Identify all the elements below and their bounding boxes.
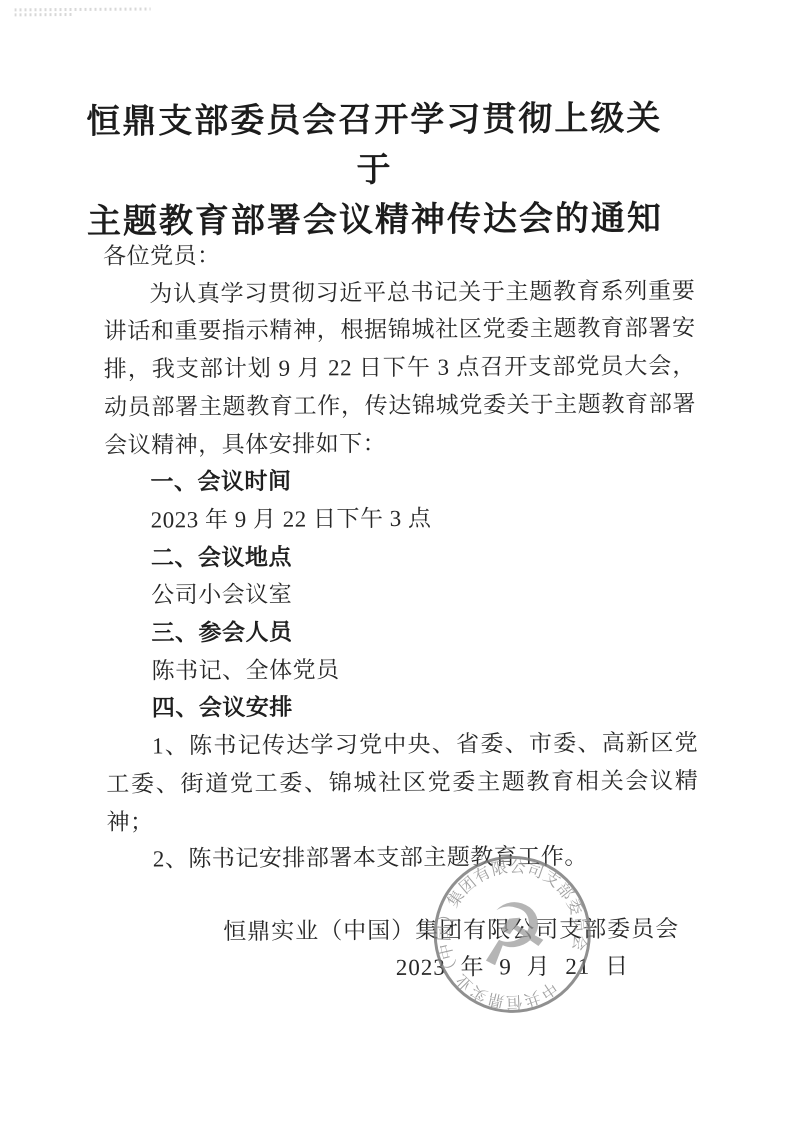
scan-artifact: [15, 8, 151, 12]
arrangement-item: 2、陈书记安排部署本支部主题教育工作。: [107, 837, 699, 878]
scan-artifact: [15, 13, 73, 16]
intro-paragraph: 为认真学习贯彻习近平总书记关于主题教育系列重要讲话和重要指示精神，根据锦城社区党…: [103, 272, 696, 464]
section-body-place: 公司小会议室: [105, 574, 697, 615]
section-heading-attendees: 三、参会人员: [105, 611, 697, 652]
signature-date: 2023 年 9 月 21 日: [342, 951, 682, 983]
section-heading-place: 二、会议地点: [105, 536, 697, 577]
section-heading-arrangement: 四、会议安排: [106, 687, 698, 728]
salutation: 各位党员：: [103, 234, 695, 275]
document-page: 恒鼎支部委员会召开学习贯彻上级关于 主题教育部署会议精神传达会的通知 各位党员：…: [0, 0, 800, 1132]
arrangement-item: 1、陈书记传达学习党中央、省委、市委、高新区党工委、街道党工委、锦城社区党委主题…: [106, 724, 699, 841]
section-body-time: 2023 年 9 月 22 日下午 3 点: [105, 498, 697, 539]
title-line-1: 恒鼎支部委员会召开学习贯彻上级关于: [79, 94, 670, 198]
section-heading-time: 一、会议时间: [104, 460, 696, 501]
signature-org: 恒鼎实业（中国）集团有限公司支部委员会: [107, 914, 679, 947]
page-title: 恒鼎支部委员会召开学习贯彻上级关于 主题教育部署会议精神传达会的通知: [79, 94, 670, 248]
section-body-attendees: 陈书记、全体党员: [106, 649, 698, 690]
notice-body: 各位党员： 为认真学习贯彻习近平总书记关于主题教育系列重要讲话和重要指示精神，根…: [103, 234, 699, 879]
